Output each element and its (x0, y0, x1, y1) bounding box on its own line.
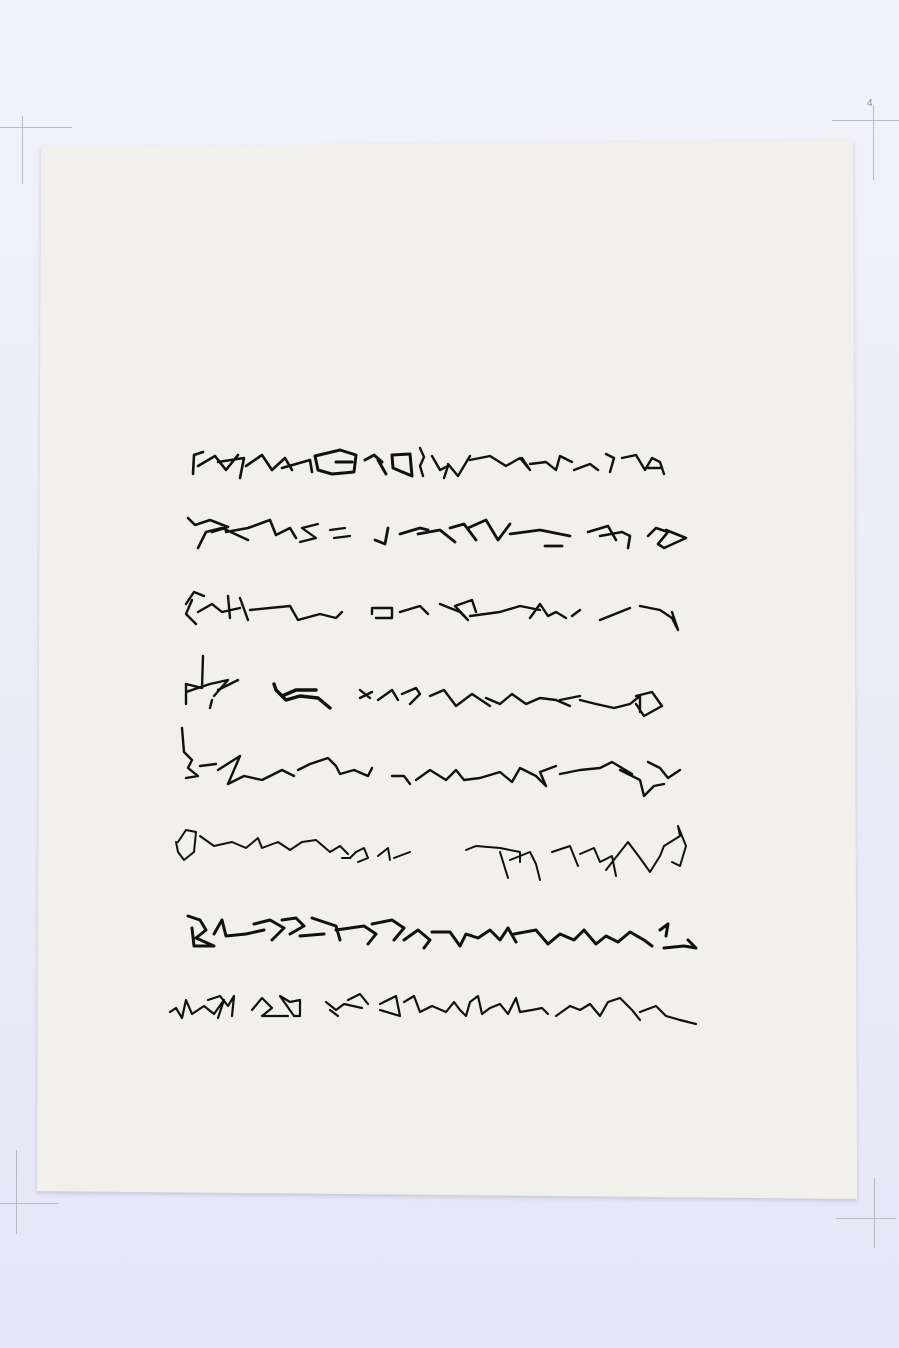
artwork-svg (0, 0, 899, 1348)
paper-sheet (37, 140, 857, 1199)
artwork-paper-sheet (0, 0, 899, 1348)
